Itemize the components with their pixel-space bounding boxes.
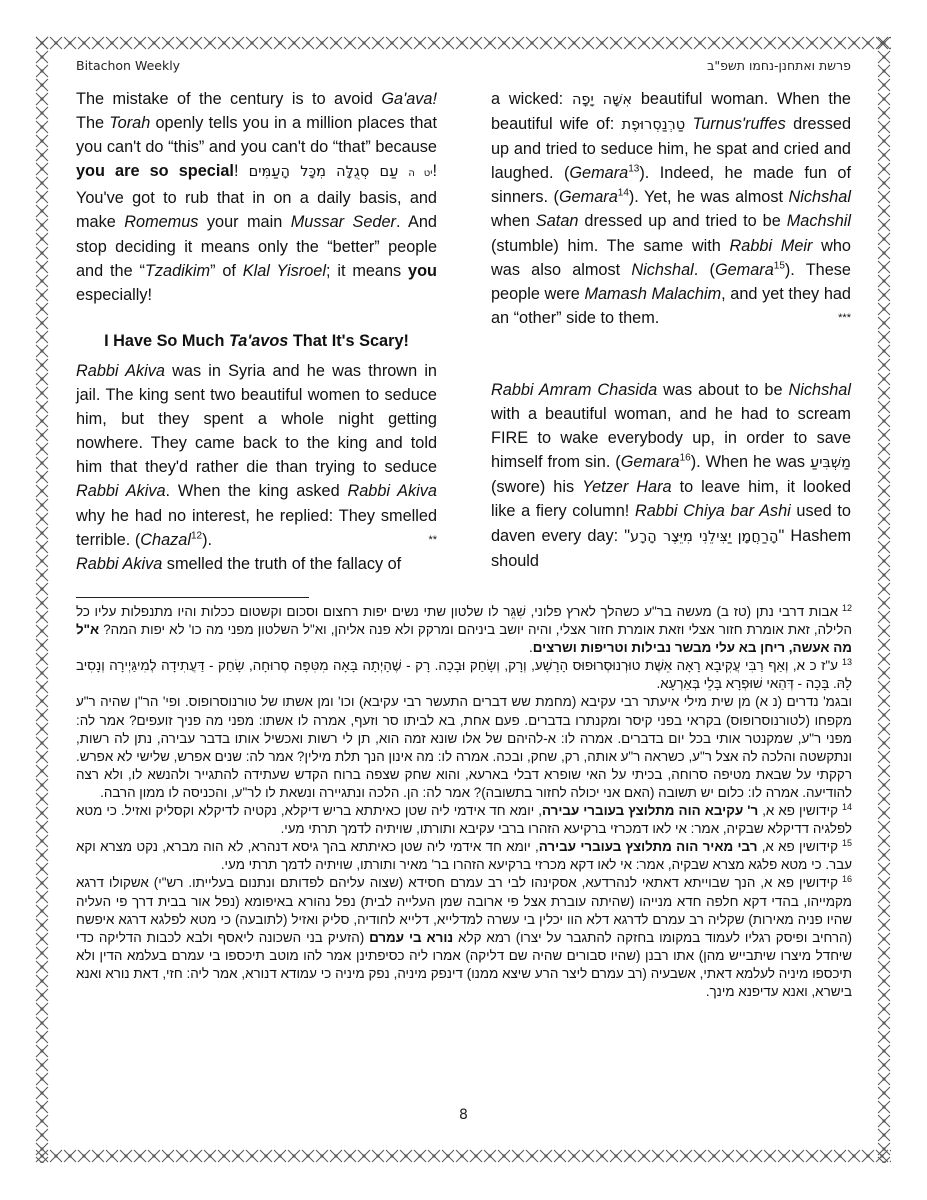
footnote-text: קידושין פא א, <box>758 803 838 818</box>
footnote-16: 16קידושין פא א, הנך שבוייתא דאתאי לנהרדע… <box>76 874 852 1001</box>
text: smelled the truth of the fallacy of <box>162 555 401 573</box>
text: was about to be <box>657 381 788 399</box>
italic-term: Chazal <box>140 531 191 549</box>
heading-text: That It's Scary! <box>288 332 409 350</box>
text: . When the king asked <box>166 482 348 500</box>
footnote-15: 15קידושין פא א, רבי מאיר הוה מתלוצץ בעוב… <box>76 838 852 874</box>
text: . ( <box>694 261 715 279</box>
italic-term: Klal Yisroel <box>243 262 326 280</box>
border-top <box>35 36 891 50</box>
text: your main <box>198 213 290 231</box>
text: ; it means <box>326 262 408 280</box>
italic-term: Rabbi Akiva <box>347 482 437 500</box>
italic-term: Nichshal <box>789 381 851 399</box>
italic-term: Rabbi Akiva <box>76 555 162 573</box>
italic-term: Mussar Seder <box>291 213 396 231</box>
footnote-13: 13ע"ז כ א, וְאַף רַבִּי עֲקִיבָא רָאָה א… <box>76 657 852 693</box>
italic-term: Rabbi Akiva <box>76 482 166 500</box>
italic-term: Machshil <box>787 212 851 230</box>
section-marker: ** <box>428 528 437 552</box>
text: when <box>491 212 536 230</box>
hebrew-quote: אִשָּׁה יָפָה <box>572 92 632 108</box>
footnote-number: 16 <box>842 874 852 884</box>
text: The <box>76 114 109 132</box>
footnote-text: ע"ז כ א, וְאַף רַבִּי עֲקִיבָא רָאָה אֵש… <box>76 658 852 691</box>
text: (stumble) him. The same with <box>491 237 730 255</box>
border-bottom <box>35 1149 891 1163</box>
italic-term: Nichshal <box>631 261 693 279</box>
running-header: Bitachon Weekly פרשת ואתחנן-נחמו תשפ"ב <box>76 58 851 76</box>
footnote-ref-15[interactable]: 15 <box>774 260 785 271</box>
italic-term: Rabbi Chiya bar Ashi <box>635 502 791 520</box>
section-heading: I Have So Much Ta'avos That It's Scary! <box>76 329 437 353</box>
column-spacer <box>491 330 851 378</box>
text: ). <box>202 531 212 549</box>
text: a wicked: <box>491 90 572 108</box>
footnote-ref-16[interactable]: 16 <box>680 453 691 464</box>
italic-term: Rabbi Akiva <box>76 362 165 380</box>
hebrew-quote: טַרְנַסְרוּפֶת <box>622 117 686 133</box>
bold-emphasis: you are so special <box>76 162 234 180</box>
footnote-separator <box>76 597 309 598</box>
italic-term: Gemara <box>715 261 774 279</box>
footnote-12: 12אבות דרבי נתן (טז ב) מעשה בר"ע כשהלך ל… <box>76 603 852 657</box>
text: dressed up and tried to be <box>578 212 786 230</box>
footnote-number: 14 <box>842 802 852 812</box>
italic-term: Gemara <box>569 164 628 182</box>
text: The mistake of the century is to avoid <box>76 90 381 108</box>
page-number: 8 <box>0 1107 927 1123</box>
footnote-text: אבות דרבי נתן (טז ב) מעשה בר"ע כשהלך לאר… <box>76 604 852 637</box>
italic-term: Tzadikim <box>145 262 210 280</box>
text: especially! <box>76 286 152 304</box>
italic-term: Ga'ava! <box>381 90 437 108</box>
hebrew-quote: מַשְׁבִּיעַ <box>810 455 851 471</box>
hebrew-quote: עַם סְגֻלָּה מִכָּל הָעַמִּים <box>249 164 399 180</box>
text: ! <box>234 162 249 180</box>
italic-term: Mamash Malachim <box>584 285 721 303</box>
right-column: a wicked: אִשָּׁה יָפָה beautiful woman.… <box>491 87 851 573</box>
text: why he had no interest, he replied: They… <box>76 507 437 549</box>
footnote-number: 12 <box>842 603 852 613</box>
text: ). Yet, he was almost <box>629 188 789 206</box>
paragraph-rabbi-akiva: Rabbi Akiva was in Syria and he was thro… <box>76 359 437 576</box>
italic-term: Satan <box>536 212 579 230</box>
footnote-13-continued: ובגמ' נדרים (נ א) מן שית מילי איעתר רבי … <box>76 693 852 802</box>
heading-italic: Ta'avos <box>229 332 288 350</box>
italic-term: Rabbi Amram Chasida <box>491 381 657 399</box>
italic-term: Torah <box>109 114 150 132</box>
italic-term: Rabbi Meir <box>730 237 813 255</box>
footnote-text: קידושין פא א, <box>757 839 838 854</box>
footnote-number: 13 <box>842 657 852 667</box>
paragraph-amram-chasida: Rabbi Amram Chasida was about to be Nich… <box>491 378 851 573</box>
italic-term: Yetzer Hara <box>582 478 671 496</box>
text: (swore) his <box>491 478 582 496</box>
hebrew-verse-ref: יט ה <box>408 168 432 179</box>
publication-title: Bitachon Weekly <box>76 58 180 73</box>
heading-text: I Have So Much <box>104 332 229 350</box>
left-column: The mistake of the century is to avoid G… <box>76 87 437 576</box>
footnote-bold: נורא בי עמרם <box>369 930 453 945</box>
italic-term: Romemus <box>124 213 198 231</box>
footnote-number: 15 <box>842 838 852 848</box>
text: ). When he was <box>691 453 810 471</box>
italic-term: Nichshal <box>789 188 851 206</box>
footnote-ref-12[interactable]: 12 <box>191 530 202 541</box>
border-left <box>35 36 49 1163</box>
footnote-ref-14[interactable]: 14 <box>618 188 629 199</box>
italic-term: Turnus'ruffes <box>692 115 785 133</box>
footnote-bold: רבי מאיר הוה מתלוצץ בעוברי עבירה <box>539 839 758 854</box>
paragraph-turnusruffes: a wicked: אִשָּׁה יָפָה beautiful woman.… <box>491 87 851 330</box>
italic-term: Gemara <box>621 453 680 471</box>
italic-term: Gemara <box>559 188 618 206</box>
footnote-14: 14קידושין פא א, ר' עקיבא הוה מתלוצץ בעוב… <box>76 802 852 838</box>
footnote-bold: ר' עקיבא הוה מתלוצץ בעוברי עבירה <box>542 803 758 818</box>
footnotes: 12אבות דרבי נתן (טז ב) מעשה בר"ע כשהלך ל… <box>76 603 852 1001</box>
border-right <box>877 36 891 1163</box>
hebrew-quote: הָרַחֲמָן יַצִּילֵנִי מִיֵּצֶר הָרָע <box>630 529 778 545</box>
bold-emphasis: you <box>408 262 437 280</box>
parsha-title: פרשת ואתחנן-נחמו תשפ"ב <box>707 58 851 73</box>
text: ” of <box>210 262 243 280</box>
section-marker: *** <box>838 306 851 330</box>
footnote-text: ובגמ' נדרים (נ א) מן שית מילי איעתר רבי … <box>76 694 852 799</box>
paragraph-gaava: The mistake of the century is to avoid G… <box>76 87 437 307</box>
footnote-ref-13[interactable]: 13 <box>628 164 639 175</box>
